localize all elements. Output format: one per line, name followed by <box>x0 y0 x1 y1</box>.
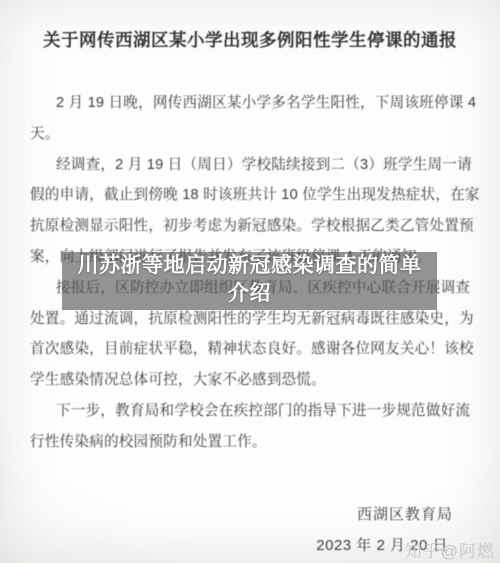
watermark-text: 知乎@阿燃 <box>405 537 495 562</box>
document-line: 天。 <box>30 119 470 150</box>
caption-line-1: 川苏浙等地启动新冠感染调查的简单 <box>62 252 437 280</box>
caption-line-2: 介绍 <box>62 280 437 308</box>
notice-title: 关于网传西湖区某小学出现多例阳性学生停课的通报 <box>0 27 500 52</box>
document-line: 下一步，教育局和学校会在疾控部门的指导下进一步规范做好流 <box>30 396 470 427</box>
document-line: 2 月 19 日晚，网传西湖区某小学多名学生阳性，下周该班停课 4 <box>30 88 470 119</box>
caption-overlay: 川苏浙等地启动新冠感染调查的简单 介绍 <box>62 252 437 310</box>
document-line: 行性传染病的校园预防和处置工作。 <box>30 427 470 458</box>
document-line: 学生感染情况总体可控，大家不必感到恐慌。 <box>30 365 470 396</box>
document-line: 经调查，2 月 19 日（周日）学校陆续接到二（3）班学生周一请 <box>30 150 470 181</box>
issuer-signature: 西湖区教育局 <box>357 503 453 524</box>
document-line: 抗原检测显示阳性，初步考虑为新冠感染。学校根据乙类乙管处置预 <box>30 211 470 242</box>
notice-photo: 关于网传西湖区某小学出现多例阳性学生停课的通报 2 月 19 日晚，网传西湖区某… <box>0 0 500 563</box>
document-line: 假的申请，截止到傍晚 18 时该班共计 10 位学生出现发热症状，在家 <box>30 180 470 211</box>
document-line: 首次感染，目前症状平稳，精神状态良好。感谢各位网友关心！该校 <box>30 334 470 365</box>
